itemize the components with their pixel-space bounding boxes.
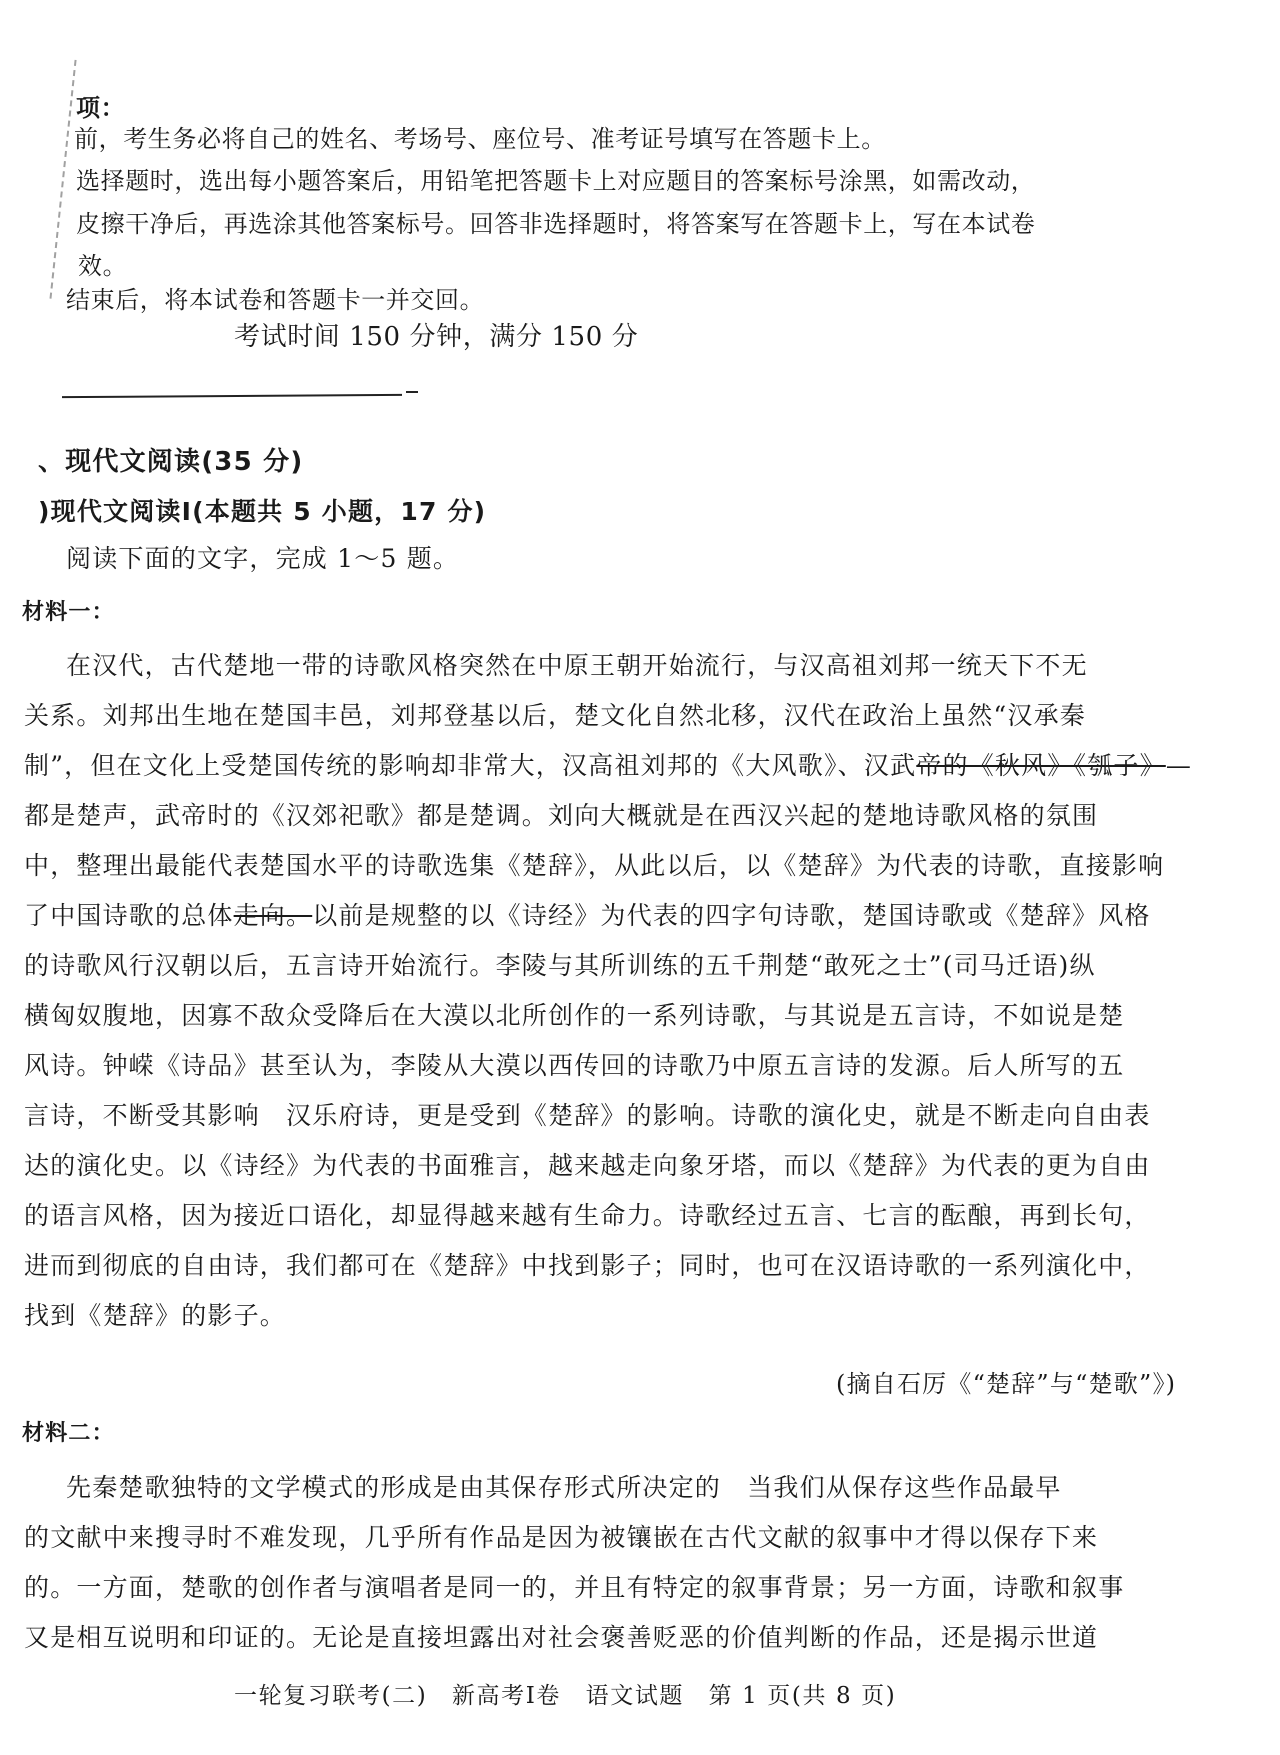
exam-time: 考试时间 150 分钟，满分 150 分 — [234, 321, 638, 353]
line-tail-mark: — — [1166, 751, 1192, 780]
struck-text: 走向。 — [234, 901, 313, 930]
material1-line-3-text: 制”，但在文化上受楚国传统的影响却非常大，汉高祖刘邦的《大风歌》、汉武 — [24, 751, 916, 780]
material1-line-7: 的诗歌风行汉朝以后，五言诗开始流行。李陵与其所训练的五千荆楚“敢死之士”(司马迁… — [24, 950, 1096, 982]
notice-title: 项： — [76, 92, 125, 124]
material2-line-2: 的文献中来搜寻时不难发现，几乎所有作品是因为被镶嵌在古代文献的叙事中才得以保存下… — [24, 1522, 1098, 1554]
struck-text: 帝的《秋风》《瓠子》 — [916, 751, 1166, 780]
page-footer: 一轮复习联考(二) 新高考Ⅰ卷 语文试题 第 1 页(共 8 页) — [234, 1680, 896, 1712]
section-subheading: )现代文阅读Ⅰ(本题共 5 小题，17 分) — [38, 496, 486, 528]
material2-label: 材料二： — [22, 1418, 115, 1450]
material2-line-4: 又是相互说明和印证的。无论是直接坦露出对社会褒善贬恶的价值判断的作品，还是揭示世… — [24, 1622, 1098, 1654]
material1-line-8: 横匈奴腹地，因寡不敌众受降后在大漠以北所创作的一系列诗歌，与其说是五言诗，不如说… — [24, 1000, 1124, 1032]
material1-line-4: 都是楚声，武帝时的《汉郊祀歌》都是楚调。刘向大概就是在西汉兴起的楚地诗歌风格的氛… — [24, 800, 1098, 832]
material1-line-6-rest: 以前是规整的以《诗经》为代表的四字句诗歌，楚国诗歌或《楚辞》风格 — [312, 901, 1150, 930]
header-divider-tail — [406, 391, 418, 393]
notice-line-1: 前，考生务必将自己的姓名、考场号、座位号、准考证号填写在答题卡上。 — [74, 123, 886, 155]
material1-label: 材料一： — [22, 597, 115, 629]
material1-line-3: 制”，但在文化上受楚国传统的影响却非常大，汉高祖刘邦的《大风歌》、汉武帝的《秋风… — [24, 750, 1192, 782]
material2-line-3: 的。一方面，楚歌的创作者与演唱者是同一的，并且有特定的叙事背景；另一方面，诗歌和… — [24, 1572, 1124, 1604]
material1-source: (摘自石厉《“楚辞”与“楚歌”》) — [836, 1368, 1176, 1400]
notice-line-3: 皮擦干净后，再选涂其他答案标号。回答非选择题时，将答案写在答题卡上，写在本试卷 — [76, 208, 1035, 240]
material1-line-9: 风诗。钟嵘《诗品》甚至认为，李陵从大漠以西传回的诗歌乃中原五言诗的发源。后人所写… — [24, 1050, 1124, 1082]
material1-line-6-text: 了中国诗歌的总体 — [24, 901, 234, 930]
notice-line-2: 选择题时，选出每小题答案后，用铅笔把答题卡上对应题目的答案标号涂黑，如需改动， — [76, 165, 1035, 197]
material1-line-1: 在汉代，古代楚地一带的诗歌风格突然在中原王朝开始流行，与汉高祖刘邦一统天下不无 — [66, 650, 1088, 682]
material1-line-2: 关系。刘邦出生地在楚国丰邑，刘邦登基以后，楚文化自然北移，汉代在政治上虽然“汉承… — [24, 700, 1086, 732]
material2-line-1: 先秦楚歌独特的文学模式的形成是由其保存形式所决定的 当我们从保存这些作品最早 — [66, 1472, 1062, 1504]
material1-line-6: 了中国诗歌的总体走向。以前是规整的以《诗经》为代表的四字句诗歌，楚国诗歌或《楚辞… — [24, 900, 1151, 932]
notice-line-4: 效。 — [78, 250, 127, 282]
material1-line-10: 言诗，不断受其影响 汉乐府诗，更是受到《楚辞》的影响。诗歌的演化史，就是不断走向… — [24, 1100, 1151, 1132]
material1-line-11: 达的演化史。以《诗经》为代表的书面雅言，越来越走向象牙塔，而以《楚辞》为代表的更… — [24, 1150, 1151, 1182]
material1-line-5: 中，整理出最能代表楚国水平的诗歌选集《楚辞》，从此以后，以《楚辞》为代表的诗歌，… — [24, 850, 1164, 882]
material1-line-12: 的语言风格，因为接近口语化，却显得越来越有生命力。诗歌经过五言、七言的酝酿，再到… — [24, 1200, 1151, 1232]
material1-line-13: 进而到彻底的自由诗，我们都可在《楚辞》中找到影子；同时，也可在汉语诗歌的一系列演… — [24, 1250, 1151, 1282]
material1-line-14: 找到《楚辞》的影子。 — [24, 1300, 286, 1332]
notice-line-5: 结束后，将本试卷和答题卡一并交回。 — [66, 284, 484, 316]
section-heading: 、现代文阅读(35 分) — [38, 446, 303, 478]
header-divider — [62, 394, 402, 398]
section-instruction: 阅读下面的文字，完成 1～5 题。 — [66, 543, 459, 575]
